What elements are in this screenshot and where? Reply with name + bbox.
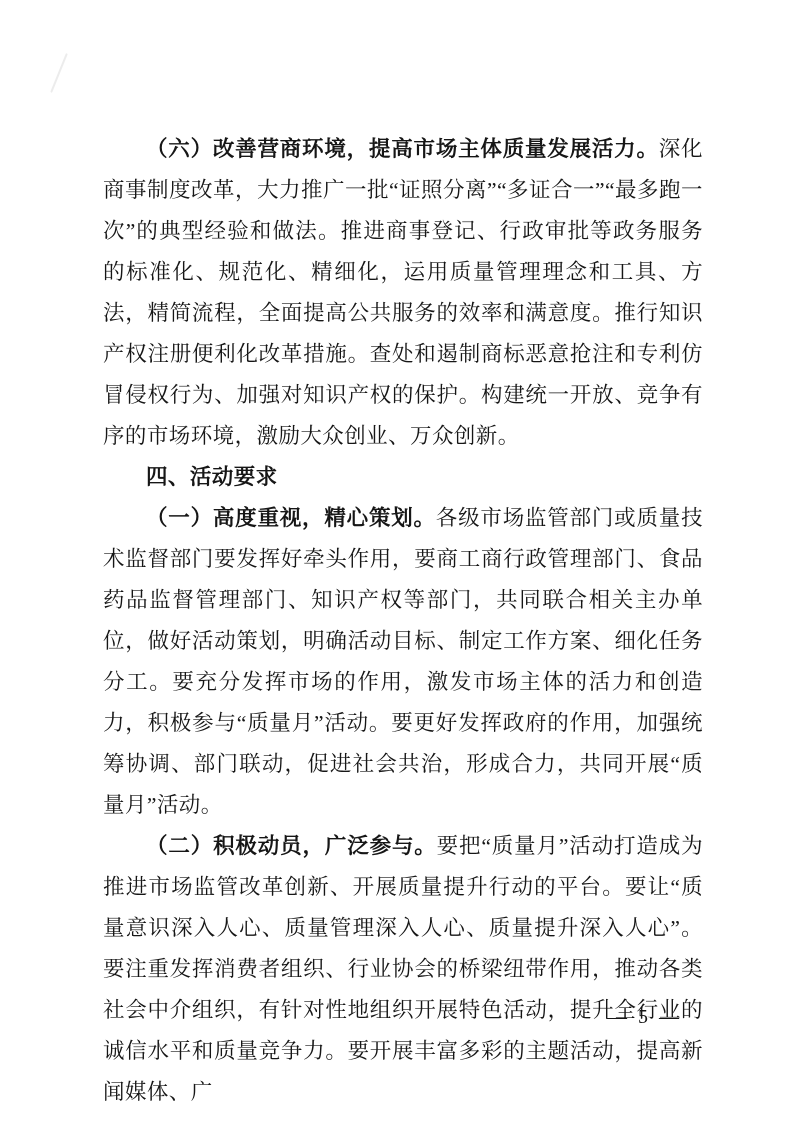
page-number: — 5 — xyxy=(607,1002,682,1032)
paragraph-lead: （六）改善营商环境，提高市场主体质量发展活力。 xyxy=(146,137,659,161)
paragraph-requirement-2: （二）积极动员，广泛参与。要把“质量月”活动打造成为推进市场监管改革创新、开展质… xyxy=(103,826,703,1113)
paragraph-lead: （一）高度重视，精心策划。 xyxy=(146,506,436,530)
paragraph-text: 各级市场监管部门或质量技术监督部门要发挥好牵头作用，要商工商行政管理部门、食品药… xyxy=(103,506,703,817)
paragraph-lead: （二）积极动员，广泛参与。 xyxy=(146,834,437,858)
paragraph-section-6: （六）改善营商环境，提高市场主体质量发展活力。深化商事制度改革，大力推广一批“证… xyxy=(103,129,703,457)
scan-artifact xyxy=(50,53,68,93)
section-heading: 四、活动要求 xyxy=(103,457,703,498)
paragraph-text: 要把“质量月”活动打造成为推进市场监管改革创新、开展质量提升行动的平台。要让“质… xyxy=(103,834,703,1104)
paragraph-text: 深化商事制度改革，大力推广一批“证照分离”“多证合一”“最多跑一次”的典型经验和… xyxy=(103,137,703,448)
document-page: （六）改善营商环境，提高市场主体质量发展活力。深化商事制度改革，大力推广一批“证… xyxy=(0,0,800,1146)
document-body: （六）改善营商环境，提高市场主体质量发展活力。深化商事制度改革，大力推广一批“证… xyxy=(103,129,703,1113)
paragraph-requirement-1: （一）高度重视，精心策划。各级市场监管部门或质量技术监督部门要发挥好牵头作用，要… xyxy=(103,498,703,826)
